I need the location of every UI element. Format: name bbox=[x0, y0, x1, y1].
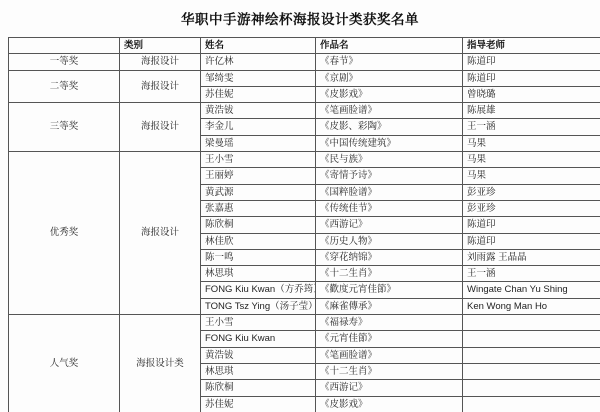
award-cell: 一等奖 bbox=[9, 54, 120, 70]
work-cell: 《笔画脸谱》 bbox=[316, 347, 463, 363]
work-cell: 《穿花纳锦》 bbox=[316, 249, 463, 265]
work-cell: 《京剧》 bbox=[316, 70, 463, 86]
work-cell: 《春节》 bbox=[316, 54, 463, 70]
name-cell: 陈欣桐 bbox=[201, 217, 316, 233]
teacher-cell: 王一涵 bbox=[463, 119, 600, 135]
teacher-cell bbox=[463, 380, 600, 396]
work-cell: 《国粹脸谱》 bbox=[316, 184, 463, 200]
award-cell: 二等奖 bbox=[9, 70, 120, 103]
teacher-cell: Ken Wong Man Ho bbox=[463, 298, 600, 314]
work-cell: 《西游记》 bbox=[316, 380, 463, 396]
work-cell: 《历史人物》 bbox=[316, 233, 463, 249]
work-cell: 《十二生肖》 bbox=[316, 363, 463, 379]
teacher-cell: 陈道印 bbox=[463, 70, 600, 86]
work-cell: 《十二生肖》 bbox=[316, 266, 463, 282]
header-teacher: 指导老师 bbox=[463, 38, 600, 54]
category-cell: 海报设计 bbox=[120, 70, 201, 103]
work-cell: 《皮影、彩陶》 bbox=[316, 119, 463, 135]
award-cell: 人气奖 bbox=[9, 315, 120, 412]
table-row: 三等奖海报设计黄浩钹《笔画脸谱》陈展雄 bbox=[9, 103, 600, 119]
category-cell: 海报设计类 bbox=[120, 315, 201, 412]
teacher-cell bbox=[463, 347, 600, 363]
name-cell: FONG Kiu Kwan bbox=[201, 331, 316, 347]
header-work: 作品名 bbox=[316, 38, 463, 54]
table-row: 一等奖海报设计许亿林《春节》陈道印 bbox=[9, 54, 600, 70]
teacher-cell: 彭亚珍 bbox=[463, 200, 600, 216]
name-cell: 黄武源 bbox=[201, 184, 316, 200]
work-cell: 《寄情予诗》 bbox=[316, 168, 463, 184]
work-cell: 《西游记》 bbox=[316, 217, 463, 233]
work-cell: 《元宵佳節》 bbox=[316, 331, 463, 347]
category-cell: 海报设计 bbox=[120, 103, 201, 152]
table-row: 人气奖海报设计类王小雪《福禄寿》 bbox=[9, 315, 600, 331]
name-cell: 苏佳妮 bbox=[201, 396, 316, 412]
teacher-cell: 曾晓璐 bbox=[463, 86, 600, 102]
name-cell: 梁曼瑶 bbox=[201, 135, 316, 151]
name-cell: FONG Kiu Kwan（方乔筠） bbox=[201, 282, 316, 298]
name-cell: 黄浩钹 bbox=[201, 347, 316, 363]
name-cell: 王小雪 bbox=[201, 152, 316, 168]
name-cell: 张嘉惠 bbox=[201, 200, 316, 216]
name-cell: 王小雪 bbox=[201, 315, 316, 331]
work-cell: 《传统佳节》 bbox=[316, 200, 463, 216]
name-cell: 林思琪 bbox=[201, 266, 316, 282]
work-cell: 《歡度元宵佳節》 bbox=[316, 282, 463, 298]
header-row: 类别 姓名 作品名 指导老师 bbox=[9, 38, 600, 54]
header-award bbox=[9, 38, 120, 54]
category-cell: 海报设计 bbox=[120, 152, 201, 315]
work-cell: 《麻雀傳承》 bbox=[316, 298, 463, 314]
table-row: 二等奖海报设计邹绮雯《京剧》陈道印 bbox=[9, 70, 600, 86]
work-cell: 《皮影戏》 bbox=[316, 396, 463, 412]
teacher-cell: 马果 bbox=[463, 135, 600, 151]
page-title: 华职中手游神绘杯海报设计类获奖名单 bbox=[0, 8, 600, 28]
work-cell: 《皮影戏》 bbox=[316, 86, 463, 102]
award-cell: 优秀奖 bbox=[9, 152, 120, 315]
teacher-cell: 马果 bbox=[463, 168, 600, 184]
name-cell: 林思琪 bbox=[201, 363, 316, 379]
awards-table-header: 类别 姓名 作品名 指导老师 bbox=[9, 38, 600, 54]
category-cell: 海报设计 bbox=[120, 54, 201, 70]
header-name: 姓名 bbox=[201, 38, 316, 54]
teacher-cell: 马果 bbox=[463, 152, 600, 168]
name-cell: 陈一鸣 bbox=[201, 249, 316, 265]
teacher-cell: 陈道印 bbox=[463, 233, 600, 249]
name-cell: 陈欣桐 bbox=[201, 380, 316, 396]
teacher-cell: 彭亚珍 bbox=[463, 184, 600, 200]
name-cell: TONG Tsz Ying（汤子莹） bbox=[201, 298, 316, 314]
teacher-cell: 陈道印 bbox=[463, 217, 600, 233]
award-cell: 三等奖 bbox=[9, 103, 120, 152]
teacher-cell: 陈道印 bbox=[463, 54, 600, 70]
work-cell: 《中国传统建筑》 bbox=[316, 135, 463, 151]
name-cell: 许亿林 bbox=[201, 54, 316, 70]
teacher-cell bbox=[463, 363, 600, 379]
work-cell: 《福禄寿》 bbox=[316, 315, 463, 331]
teacher-cell: Wingate Chan Yu Shing bbox=[463, 282, 600, 298]
awards-table-body: 一等奖海报设计许亿林《春节》陈道印二等奖海报设计邹绮雯《京剧》陈道印苏佳妮《皮影… bbox=[9, 54, 600, 412]
teacher-cell: 刘雨露 王晶晶 bbox=[463, 249, 600, 265]
teacher-cell: 王一涵 bbox=[463, 266, 600, 282]
name-cell: 王丽婷 bbox=[201, 168, 316, 184]
name-cell: 李金儿 bbox=[201, 119, 316, 135]
name-cell: 苏佳妮 bbox=[201, 86, 316, 102]
awards-table: 类别 姓名 作品名 指导老师 一等奖海报设计许亿林《春节》陈道印二等奖海报设计邹… bbox=[8, 37, 600, 412]
header-category: 类别 bbox=[120, 38, 201, 54]
name-cell: 林佳欣 bbox=[201, 233, 316, 249]
work-cell: 《民与族》 bbox=[316, 152, 463, 168]
table-row: 优秀奖海报设计王小雪《民与族》马果 bbox=[9, 152, 600, 168]
teacher-cell bbox=[463, 315, 600, 331]
name-cell: 黄浩钹 bbox=[201, 103, 316, 119]
teacher-cell bbox=[463, 396, 600, 412]
name-cell: 邹绮雯 bbox=[201, 70, 316, 86]
teacher-cell: 陈展雄 bbox=[463, 103, 600, 119]
teacher-cell bbox=[463, 331, 600, 347]
work-cell: 《笔画脸谱》 bbox=[316, 103, 463, 119]
